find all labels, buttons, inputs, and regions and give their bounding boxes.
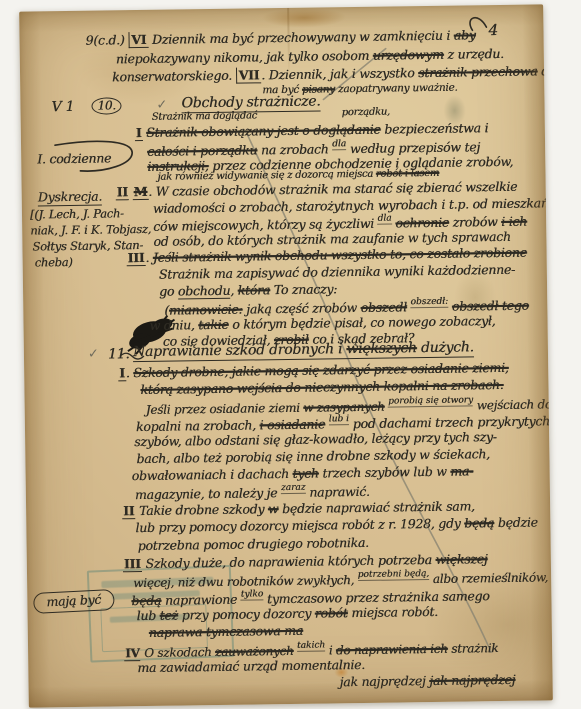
text-segment: lub przy pomocy dozorcy miejsca robót z … <box>135 516 464 536</box>
struck-text: naprawa tymczasowa ma <box>149 623 303 640</box>
text-segment: albo rzemieślników, <box>429 570 551 586</box>
struck-text: większych <box>346 340 417 357</box>
text-segment: magazynie, to należy je <box>135 485 281 502</box>
struck-text: którą zasypano wejścia do nieczynnych ko… <box>140 377 503 397</box>
scan-background: 9(c.d.) VI Dziennik ma być przechowywany… <box>0 0 581 709</box>
text-segment: Takie drobne szkody <box>135 501 268 518</box>
text-segment: potrzebna pomoc drugiego robotnika. <box>138 535 369 553</box>
manuscript-line: potrzebna pomoc drugiego robotnika. <box>138 535 369 553</box>
text-segment: II <box>122 503 135 519</box>
text-segment: przy pomocy dozorcy <box>178 606 315 623</box>
text-segment: I. codzienne <box>37 150 111 166</box>
struck-text: i osiadanie <box>259 416 325 432</box>
text-segment: niak, J. F. i K. Tobjasz, <box>30 222 151 238</box>
text-segment: ✓ <box>88 347 99 362</box>
text-segment: kopalni na zrobach, <box>136 417 260 434</box>
margin-note: I. codzienne <box>37 150 111 166</box>
text-segment: dla <box>332 139 346 150</box>
text-segment: V 1 <box>51 99 74 115</box>
text-segment: O szkodach <box>140 645 215 660</box>
text-segment: czy <box>551 567 552 578</box>
text-segment: Szkody duże, do naprawienia których potr… <box>142 552 436 571</box>
section-title: Naprawianie szkód drobnych i większych d… <box>133 339 474 362</box>
text-segment: naprawione <box>161 592 241 608</box>
manuscript-line: obwałowaniach i dachach tych trzech szyb… <box>132 463 474 483</box>
item-number-circled: 10. <box>91 97 122 114</box>
manuscript-line: którą zasypano wejścia do nieczynnych ko… <box>140 377 503 397</box>
struck-text: ochronie <box>395 215 449 231</box>
manuscript-line: ma zawiadamiać urząd momentalnie. <box>137 657 365 675</box>
margin-names: [(J. Lech, J. Pach- <box>30 206 124 221</box>
struck-text: obszedł <box>361 299 407 315</box>
text-segment: dla urzędu <box>537 63 553 79</box>
text-segment: VI <box>128 32 148 48</box>
text-segment: 10. <box>97 98 116 112</box>
section-number: 11. <box>108 346 130 362</box>
struck-text: w <box>268 501 279 516</box>
text-segment: porobią się otwory <box>388 395 473 407</box>
text-segment: Strażnik ma zapisywać do dziennika wynik… <box>159 262 515 282</box>
manuscript-text: 9(c.d.) VI Dziennik ma być przechowywany… <box>19 4 553 707</box>
text-segment: niepokazywany nikomu, jak tylko osobom <box>116 48 373 67</box>
section-mark: V 1 <box>51 99 74 115</box>
manuscript-line: lub też przy pomocy dozorcy robót miejsc… <box>137 604 438 623</box>
text-segment: 9(c.d.) <box>85 32 128 48</box>
text-segment: trzech szybów lub w <box>319 464 451 481</box>
text-segment: i <box>325 643 336 657</box>
text-segment: 4 <box>488 21 498 39</box>
text-segment: jak najprędzej <box>339 673 429 689</box>
struck-text: mianowicie: <box>169 302 243 318</box>
text-segment: III <box>123 556 142 572</box>
text-segment: Dyskrecja. <box>38 189 102 205</box>
struck-text: też <box>160 608 178 623</box>
manuscript-line: naprawa tymczasowa ma <box>149 623 303 640</box>
text-segment: będzie naprawiać strażnik sam, <box>278 498 475 516</box>
check-icon: ✓ <box>88 347 99 362</box>
struck-text: i ich <box>501 214 527 229</box>
manuscript-line: lub przy pomocy dozorcy miejsca robót z … <box>135 515 537 536</box>
struck-text: robót <box>315 605 348 620</box>
struck-text: w zasypanych <box>303 400 384 415</box>
text-segment: IV <box>124 646 141 661</box>
text-segment: . Dziennik, jak i wszystko <box>261 65 418 82</box>
manuscript-line: go obchodu, która To znaczy: <box>159 281 337 298</box>
text-segment: tylko <box>241 589 264 600</box>
text-segment: tymczasowo przez strażnika samego <box>263 588 489 606</box>
text-segment: jaką część zrobów <box>242 300 360 317</box>
text-segment: w dniu, <box>149 317 198 333</box>
text-segment: To znaczy: <box>270 281 337 297</box>
text-segment: konserwatorskiego. <box>112 68 236 85</box>
text-segment: go <box>159 284 178 299</box>
struck-text: większej <box>435 551 487 567</box>
text-segment: miejsca robót. <box>348 604 438 620</box>
text-segment: potrzebni będą, <box>358 569 430 581</box>
text-segment: takich <box>297 640 325 651</box>
struck-text: do naprawienia ich <box>336 642 448 658</box>
text-segment: pod dachami trzech przykrytych <box>349 413 550 431</box>
struck-text: takie <box>198 317 228 332</box>
text-segment: z urzędu. <box>444 46 504 62</box>
text-segment: obwałowaniach i dachach <box>132 466 293 483</box>
text-segment: II <box>116 184 129 200</box>
text-segment: [(J. Lech, J. Pach- <box>30 206 124 221</box>
text-segment: zaraz <box>281 483 306 494</box>
header-line: konserwatorskiego. VII. Dziennik, jak i … <box>112 63 553 85</box>
text-segment: Obchody strażnicze. <box>181 93 320 111</box>
struck-text: Strażnik obowiązany jest o doglądanie <box>146 122 381 140</box>
struck-text: robót i lasem <box>376 168 439 180</box>
struck-text: tych <box>292 466 318 481</box>
inserted-line: porządku, <box>342 107 390 119</box>
struck-text: będą <box>464 515 494 530</box>
struck-text: zauważonych <box>215 644 294 659</box>
text-segment: lub i <box>329 414 349 425</box>
text-segment: lub <box>137 608 160 623</box>
header-line: 9(c.d.) VI Dziennik ma być przechowywany… <box>85 27 475 47</box>
text-segment: porządku, <box>342 107 390 119</box>
text-segment: Naprawianie szkód drobnych i <box>133 341 347 360</box>
text-segment: zrobów <box>449 214 501 230</box>
margin-note: Dyskrecja. <box>38 189 102 207</box>
text-segment: Dziennik ma być przechowywany w zamknięc… <box>148 28 454 47</box>
text-segment: 11. <box>108 346 130 362</box>
text-segment: o którym będzie pisał, co nowego zobaczy… <box>228 313 495 332</box>
text-segment: VII <box>235 67 261 83</box>
struck-text: obszedł tego <box>452 298 529 314</box>
text-segment: dużych. <box>417 339 474 356</box>
text-segment: na zrobach <box>257 141 332 157</box>
text-segment: bezpieczeństwa i <box>380 120 488 137</box>
struck-text: aby <box>454 27 476 42</box>
text-segment: będzie <box>494 515 538 531</box>
text-segment: obszedł: <box>410 297 448 309</box>
manuscript-line: Strażnik ma zapisywać do dziennika wynik… <box>159 262 515 282</box>
text-segment: Strażnik ma doglądać <box>152 110 257 122</box>
check-icon: ✓ <box>156 98 167 113</box>
margin-note-oval: mają być <box>33 589 115 614</box>
text-segment: mają być <box>46 592 101 610</box>
struck-text: będą <box>131 593 161 608</box>
struck-text: całości i porządku <box>147 142 257 159</box>
struck-text: M <box>133 184 149 200</box>
struck-text: ma- <box>450 463 473 478</box>
text-segment: dla <box>378 214 392 225</box>
text-segment: zaopatrywany uważnie. <box>335 82 458 96</box>
struck-text: strażnik przechowa <box>418 63 537 80</box>
text-segment: ✓ <box>156 98 167 113</box>
margin-names: niak, J. F. i K. Tobjasz, <box>30 222 151 238</box>
text-segment: I <box>135 125 143 141</box>
text-segment: cheba) <box>35 255 73 270</box>
text-segment: strażnik <box>448 641 499 656</box>
text-segment: Sołtys Staryk, Stan- <box>32 238 143 254</box>
header-line: niepokazywany nikomu, jak tylko osobom u… <box>116 46 504 66</box>
struck-text: która <box>238 282 271 297</box>
margin-names: cheba) <box>35 255 73 270</box>
manuscript-line: więcej, niż dwu robotników zwykłych, pot… <box>133 567 553 590</box>
margin-names: Sołtys Staryk, Stan- <box>32 238 143 254</box>
manuscript-paper: 9(c.d.) VI Dziennik ma być przechowywany… <box>19 4 553 707</box>
text-segment: wejściach do nieczynnych <box>473 396 553 412</box>
manuscript-line: magazynie, to należy je zaraz naprawić. <box>135 482 370 502</box>
struck-text: jak najprędzej <box>429 672 515 688</box>
text-segment: naprawić. <box>305 484 369 500</box>
manuscript-line: jak najprędzej jak najprędzej <box>339 672 515 689</box>
struck-text: urzędowym <box>373 47 444 63</box>
page-number: 4 <box>488 21 498 39</box>
inserted-line: Strażnik ma doglądać <box>152 110 257 122</box>
text-segment: obchodu <box>178 283 231 300</box>
text-segment: ma zawiadamiać urząd momentalnie. <box>137 657 365 675</box>
text-segment: III <box>127 250 146 266</box>
